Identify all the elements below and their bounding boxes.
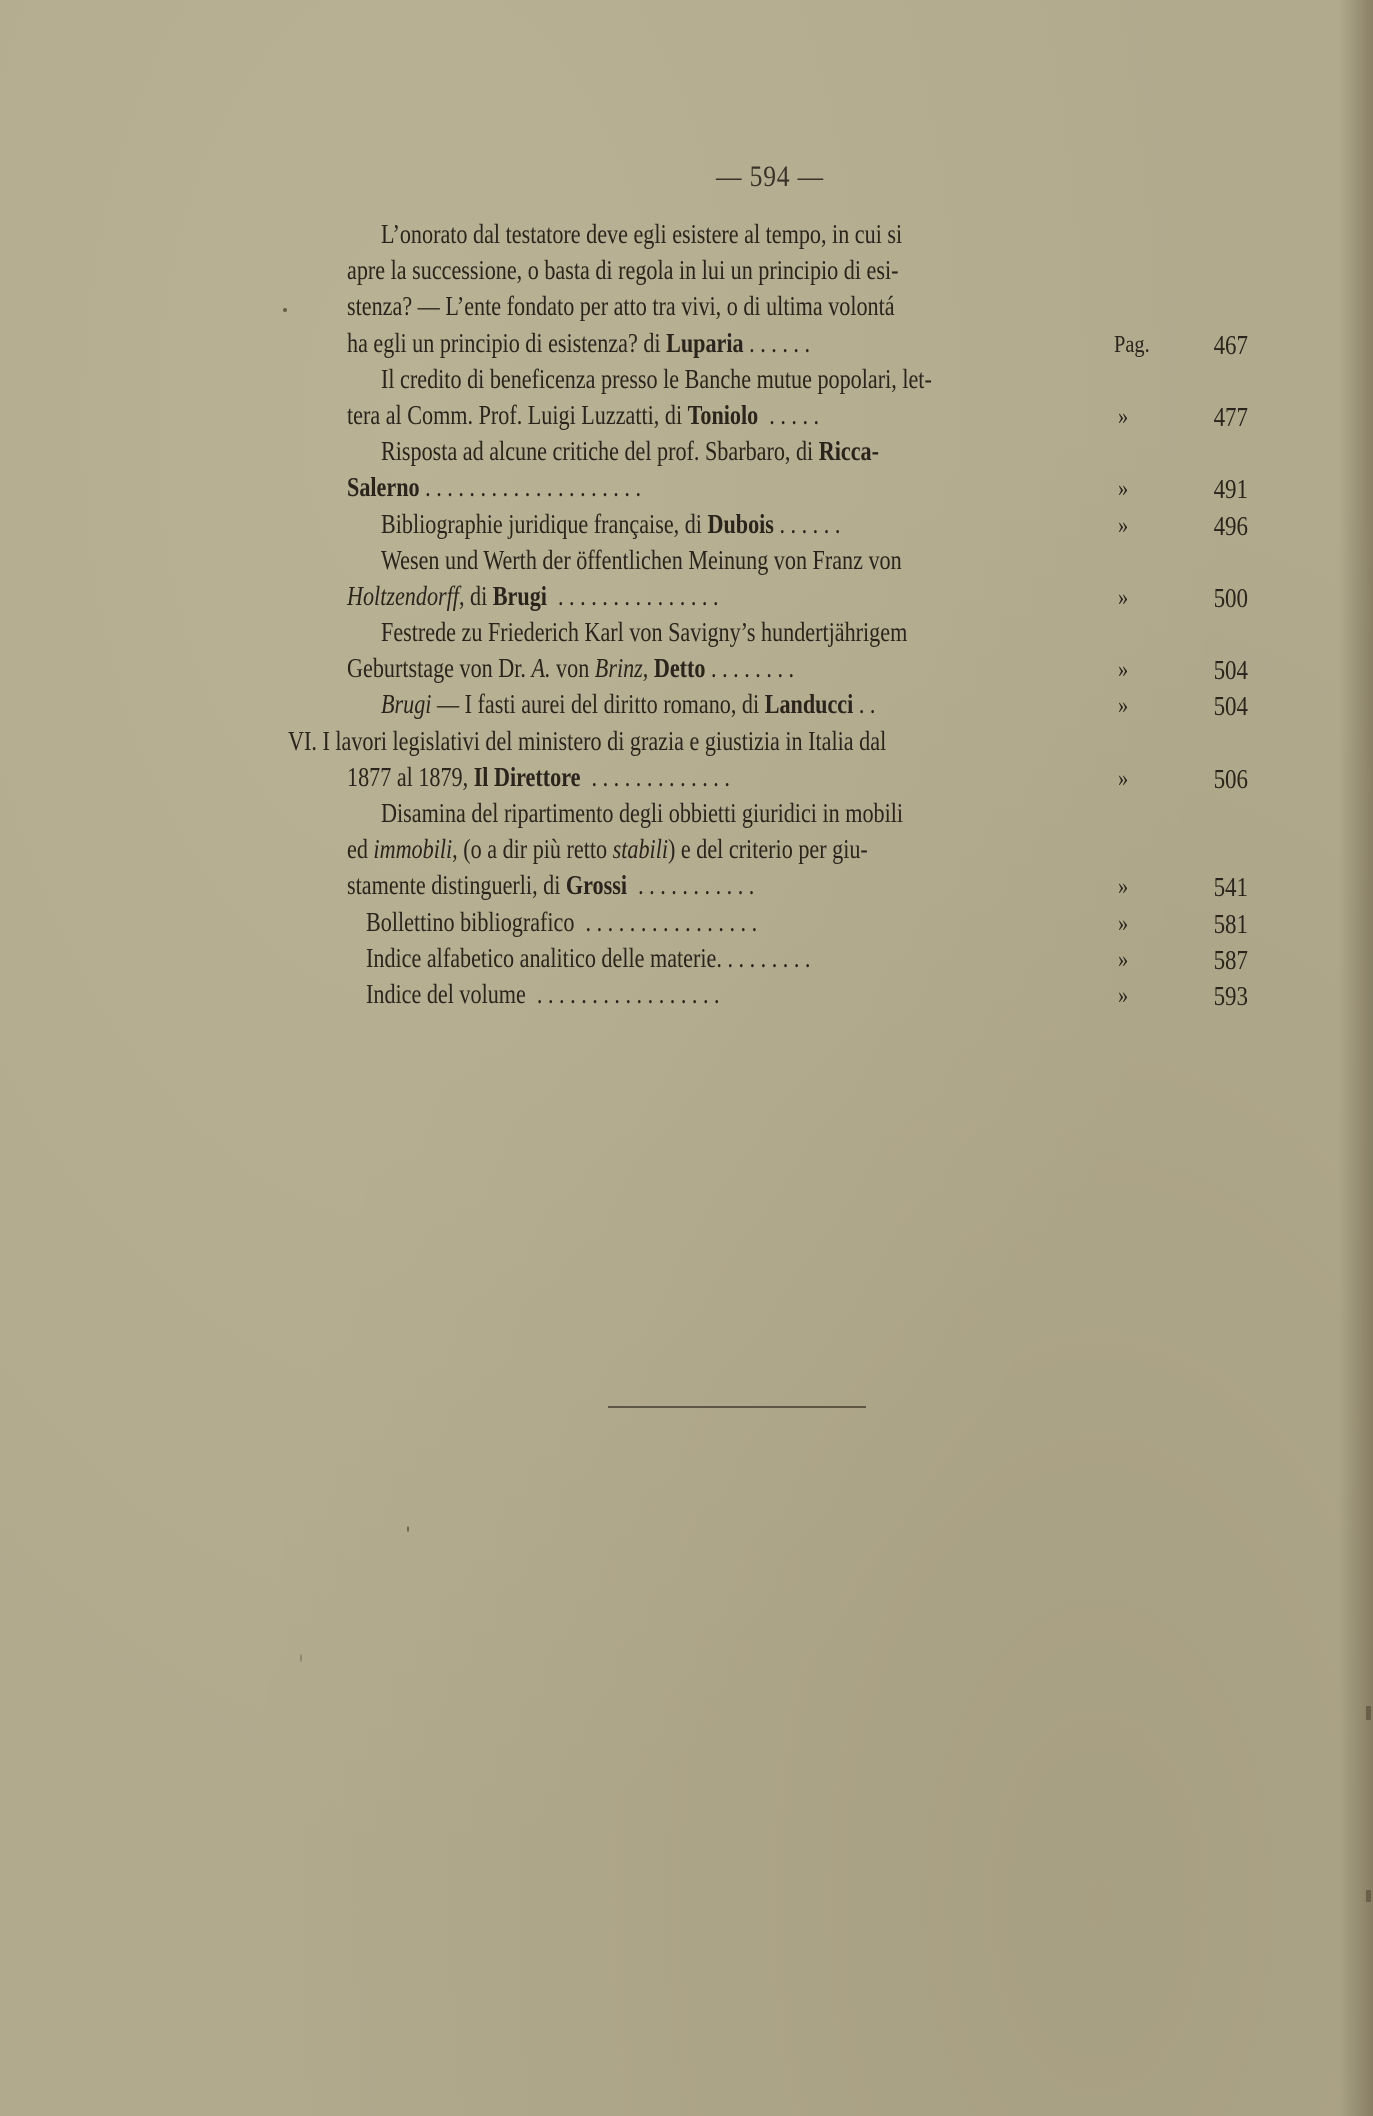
paper-speck: [283, 308, 287, 312]
toc-text: ,: [643, 653, 654, 683]
page-ref: 581: [1180, 906, 1248, 942]
dot-leader: . . . . . . . . .: [716, 943, 810, 973]
toc-line: Risposta ad alcune critiche del prof. Sb…: [288, 433, 1248, 469]
toc-entry-indice-volume: Indice del volume . . . . . . . . . . . …: [288, 976, 1248, 1012]
toc-text: stamente distinguerli, di: [347, 870, 566, 900]
ditto-marker: »: [1118, 906, 1152, 942]
dot-leader: . . . . .: [769, 400, 819, 430]
toc-entry-ricca-salerno: Salerno . . . . . . . . . . . . . . . . …: [288, 469, 1248, 505]
page-ref: 491: [1180, 471, 1248, 507]
ditto-marker: »: [1118, 761, 1152, 797]
toc-text: Wesen und Werth der öffentlichen Meinung…: [381, 542, 902, 578]
toc-author: Brugi: [493, 581, 547, 611]
ditto-marker: »: [1118, 471, 1152, 507]
toc-text: Indice alfabetico analitico delle materi…: [366, 943, 716, 973]
toc-entry-brugi: Holtzendorff, di Brugi . . . . . . . . .…: [288, 578, 1248, 614]
toc-italic: Brinz: [595, 653, 643, 683]
page-ref: 506: [1180, 761, 1248, 797]
toc-entry-bollettino: Bollettino bibliografico . . . . . . . .…: [288, 904, 1248, 940]
page-ref: 587: [1180, 942, 1248, 978]
dot-leader: . . . . . . . . . . . . . . .: [558, 581, 719, 611]
ditto-marker: »: [1118, 978, 1152, 1014]
toc-text: ed: [347, 834, 373, 864]
toc-text: Indice del volume: [366, 979, 526, 1009]
toc-line: VI. I lavori legislativi del ministero d…: [288, 723, 1248, 759]
toc-line: Festrede zu Friederich Karl von Savigny’…: [288, 614, 1248, 650]
page-marker: Pag.: [1114, 327, 1148, 363]
toc-italic: A.: [531, 653, 550, 683]
toc-text: stenza? — L’ente fondato per atto tra vi…: [347, 288, 895, 324]
ditto-marker: »: [1118, 580, 1152, 616]
toc-text: Bibliographie juridique française, di: [381, 509, 707, 539]
page-ref: 504: [1180, 652, 1248, 688]
toc-entry-luparia: ha egli un principio di esistenza? di Lu…: [288, 325, 1248, 361]
toc-author: Detto: [654, 653, 706, 683]
toc-author: Ricca-: [819, 436, 879, 466]
toc-author: Toniolo: [688, 400, 759, 430]
toc-author: Dubois: [707, 509, 773, 539]
toc-italic: Holtzendorff: [347, 581, 459, 611]
toc-line: Il credito di beneficenza presso le Banc…: [288, 361, 1248, 397]
page-ref: 477: [1180, 399, 1248, 435]
ditto-marker: »: [1118, 869, 1152, 905]
toc-text: von: [551, 653, 595, 683]
page-ref: 500: [1180, 580, 1248, 616]
toc-italic: immobili: [373, 834, 452, 864]
book-page: — 594 — L’onorato dal testatore deve egl…: [0, 0, 1373, 2116]
paper-speck: [300, 1654, 302, 1662]
page-edge-mark: [1366, 1890, 1371, 1902]
toc-line: apre la successione, o basta di regola i…: [288, 252, 1248, 288]
dot-leader: . .: [859, 689, 876, 719]
toc-entry-grossi: stamente distinguerli, di Grossi . . . .…: [288, 867, 1248, 903]
toc-line: Disamina del ripartimento degli obbietti…: [288, 795, 1248, 831]
dot-leader: . . . . . . . . . . . . .: [592, 762, 730, 792]
dot-leader: . . . . . .: [779, 509, 840, 539]
toc-italic: stabili: [613, 834, 668, 864]
toc-text: , di: [459, 581, 493, 611]
toc-text: — I fasti aurei del diritto romano, di: [431, 689, 764, 719]
toc-text: , (o a dir più retto: [452, 834, 612, 864]
page-ref: 541: [1180, 869, 1248, 905]
toc-entry-landucci: Brugi — I fasti aurei del diritto romano…: [288, 686, 1248, 722]
toc-author: Il Direttore: [474, 762, 581, 792]
end-rule: [608, 1406, 866, 1408]
toc-entry-direttore: 1877 al 1879, Il Direttore . . . . . . .…: [288, 759, 1248, 795]
section-number: VI.: [288, 726, 317, 756]
page-number: — 594 —: [702, 160, 838, 194]
page-edge-mark: [1366, 1706, 1371, 1720]
dot-leader: . . . . . . . .: [711, 653, 794, 683]
paper-speck: [407, 1526, 409, 1532]
toc-author: Grossi: [566, 870, 627, 900]
toc-text: ) e del criterio per giu-: [668, 834, 868, 864]
toc-author: Landucci: [765, 689, 854, 719]
toc-italic: Brugi: [381, 689, 431, 719]
toc-text: tera al Comm. Prof. Luigi Luzzatti, di: [347, 400, 688, 430]
ditto-marker: »: [1118, 399, 1152, 435]
dot-leader: . . . . . . . . . . . . . . . . .: [537, 979, 720, 1009]
toc-author: Luparia: [666, 328, 744, 358]
toc-text: I lavori legislativi del ministero di gr…: [322, 726, 886, 756]
toc-line: L’onorato dal testatore deve egli esiste…: [288, 216, 1248, 252]
page-ref: 504: [1180, 688, 1248, 724]
toc-text: ha egli un principio di esistenza? di: [347, 328, 666, 358]
page-ref: 467: [1180, 327, 1248, 363]
toc-entry-indice-alfabetico: Indice alfabetico analitico delle materi…: [288, 940, 1248, 976]
dot-leader: . . . . . . . . . . .: [638, 870, 754, 900]
dot-leader: . . . . . . . . . . . . . . . . . . . .: [425, 472, 641, 502]
page-ref: 593: [1180, 978, 1248, 1014]
table-of-contents: L’onorato dal testatore deve egli esiste…: [288, 216, 1248, 1012]
toc-text: Geburtstage von Dr.: [347, 653, 531, 683]
toc-entry-dubois: Bibliographie juridique française, di Du…: [288, 506, 1248, 542]
page-ref: 496: [1180, 508, 1248, 544]
ditto-marker: »: [1118, 942, 1152, 978]
dot-leader: . . . . . .: [749, 328, 810, 358]
toc-text: Il credito di beneficenza presso le Banc…: [381, 361, 932, 397]
dot-leader: . . . . . . . . . . . . . . . .: [586, 907, 758, 937]
toc-line: stenza? — L’ente fondato per atto tra vi…: [288, 288, 1248, 324]
toc-entry-toniolo: tera al Comm. Prof. Luigi Luzzatti, di T…: [288, 397, 1248, 433]
toc-text: apre la successione, o basta di regola i…: [347, 252, 899, 288]
toc-entry-detto: Geburtstage von Dr. A. von Brinz, Detto …: [288, 650, 1248, 686]
toc-text: 1877 al 1879,: [347, 762, 474, 792]
toc-line: Wesen und Werth der öffentlichen Meinung…: [288, 542, 1248, 578]
ditto-marker: »: [1118, 688, 1152, 724]
toc-text: L’onorato dal testatore deve egli esiste…: [381, 216, 902, 252]
ditto-marker: »: [1118, 508, 1152, 544]
toc-text: Festrede zu Friederich Karl von Savigny’…: [381, 614, 907, 650]
toc-text: Bollettino bibliografico: [366, 907, 574, 937]
toc-text: Disamina del ripartimento degli obbietti…: [381, 795, 903, 831]
ditto-marker: »: [1118, 652, 1152, 688]
toc-author: Salerno: [347, 472, 420, 502]
toc-line: ed immobili, (o a dir più retto stabili)…: [288, 831, 1248, 867]
